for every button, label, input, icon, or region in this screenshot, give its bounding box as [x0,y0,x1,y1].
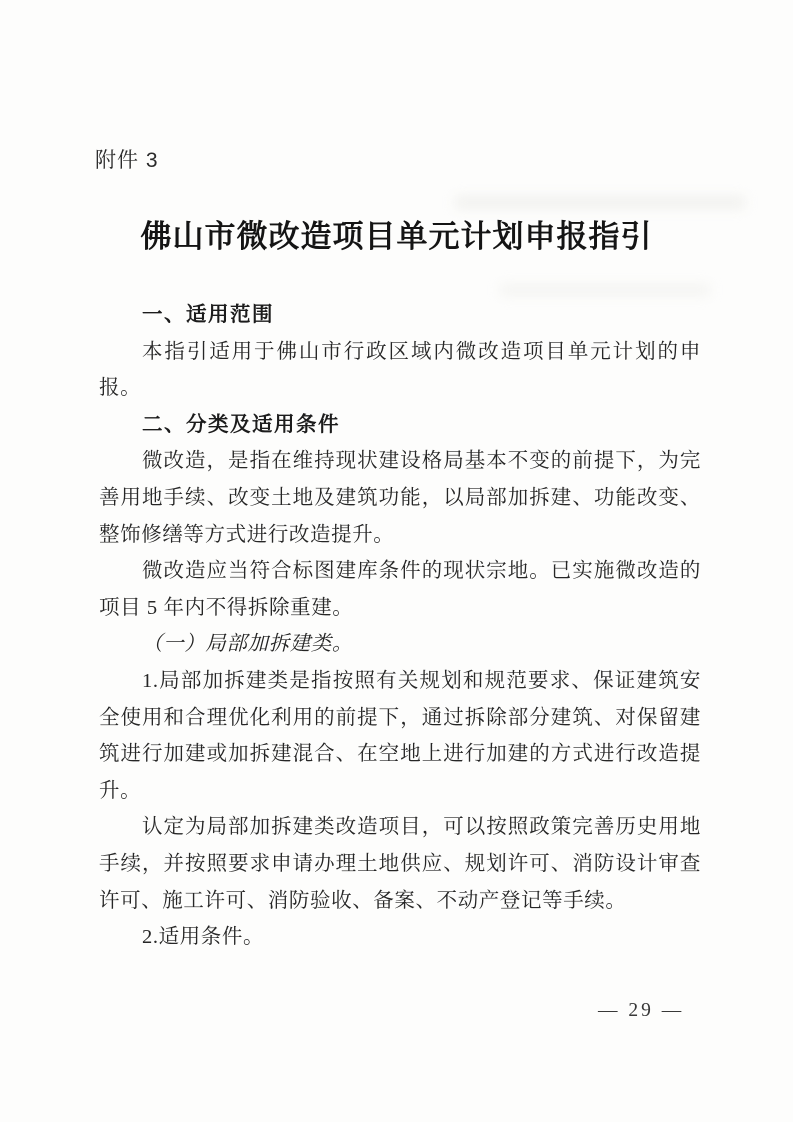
document-title: 佛山市微改造项目单元计划申报指引 [0,211,793,256]
paragraph-line: 善用地手续、改变土地及建筑功能，以局部加拆建、功能改变、 [99,480,701,517]
paragraph-line: 全使用和合理优化利用的前提下，通过拆除部分建筑、对保留建 [99,700,701,737]
sub-heading-local-rebuild: （一）局部加拆建类。 [99,626,701,663]
paragraph-line: 项目 5 年内不得拆除重建。 [99,590,701,627]
page-number: — 29 — [598,1000,684,1022]
paragraph-line: 筑进行加建或加拆建混合、在空地上进行加建的方式进行改造提 [99,736,701,773]
paragraph-line: 认定为局部加拆建类改造项目，可以按照政策完善历史用地 [99,809,701,846]
attachment-label: 附件 3 [95,144,159,174]
paragraph-line: 本指引适用于佛山市行政区域内微改造项目单元计划的申 [99,334,701,371]
section-heading-1: 一、适用范围 [99,297,701,334]
paragraph-line: 报。 [99,370,701,407]
scan-artifact [455,196,745,209]
paragraph-line: 升。 [99,773,701,810]
paragraph-line: 整饰修缮等方式进行改造提升。 [99,517,701,554]
paragraph-line: 2.适用条件。 [99,919,701,956]
paragraph-line: 微改造，是指在维持现状建设格局基本不变的前提下，为完 [99,443,701,480]
paragraph-line: 许可、施工许可、消防验收、备案、不动产登记等手续。 [99,883,701,920]
document-page: 附件 3 佛山市微改造项目单元计划申报指引 一、适用范围 本指引适用于佛山市行政… [0,0,793,1122]
paragraph-line: 微改造应当符合标图建库条件的现状宗地。已实施微改造的 [99,553,701,590]
paragraph-line: 手续，并按照要求申请办理土地供应、规划许可、消防设计审查 [99,846,701,883]
paragraph-line: 1.局部加拆建类是指按照有关规划和规范要求、保证建筑安 [99,663,701,700]
section-heading-2: 二、分类及适用条件 [99,407,701,444]
document-body: 一、适用范围 本指引适用于佛山市行政区域内微改造项目单元计划的申 报。 二、分类… [99,297,701,956]
scan-artifact [500,284,710,296]
